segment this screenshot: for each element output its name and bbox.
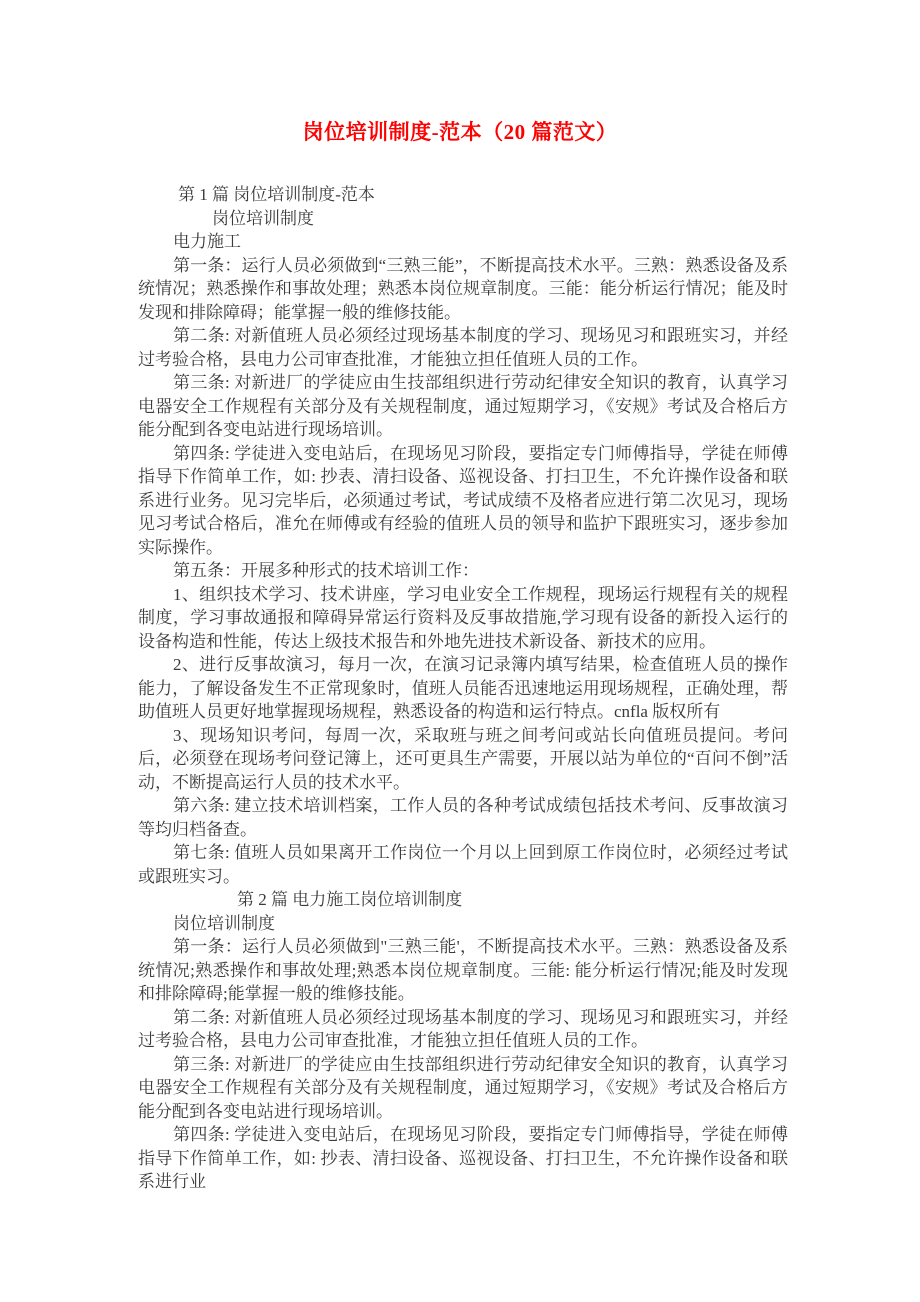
document-title: 岗位培训制度-范本（20 篇范文） xyxy=(0,117,920,147)
paragraph: 第一条：运行人员必须做到“三熟三能”，不断提高技术水平。三熟：熟悉设备及系统情况… xyxy=(138,254,788,325)
document-body: 第 1 篇 岗位培训制度-范本岗位培训制度电力施工第一条：运行人员必须做到“三熟… xyxy=(138,183,788,1194)
section-heading: 第 2 篇 电力施工岗位培训制度 xyxy=(138,888,788,912)
paragraph: 第七条: 值班人员如果离开工作岗位一个月以上回到原工作岗位时，必须经过考试或跟班… xyxy=(138,841,788,888)
paragraph: 2、进行反事故演习，每月一次，在演习记录簿内填写结果，检查值班人员的操作能力，了… xyxy=(138,653,788,724)
paragraph: 第二条: 对新值班人员必须经过现场基本制度的学习、现场见习和跟班实习，并经过考验… xyxy=(138,1006,788,1053)
paragraph: 第四条: 学徒进入变电站后，在现场见习阶段，要指定专门师傅指导，学徒在师傅指导下… xyxy=(138,1123,788,1194)
paragraph: 第五条：开展多种形式的技术培训工作： xyxy=(138,559,788,583)
paragraph: 3、现场知识考问，每周一次，采取班与班之间考问或站长向值班员提问。考问后，必须登… xyxy=(138,724,788,795)
paragraph: 第一条：运行人员必须做到"三熟三能'，不断提高技术水平。三熟：熟悉设备及系统情况… xyxy=(138,935,788,1006)
document-page: 岗位培训制度-范本（20 篇范文） 第 1 篇 岗位培训制度-范本岗位培训制度电… xyxy=(0,0,920,1302)
paragraph: 第四条: 学徒进入变电站后，在现场见习阶段，要指定专门师傅指导，学徒在师傅指导下… xyxy=(138,442,788,560)
paragraph: 第六条: 建立技术培训档案，工作人员的各种考试成绩包括技术考问、反事故演习等均归… xyxy=(138,794,788,841)
paragraph: 第三条: 对新进厂的学徒应由生技部组织进行劳动纪律安全知识的教育，认真学习电器安… xyxy=(138,371,788,442)
section-heading: 岗位培训制度 xyxy=(138,207,788,231)
paragraph: 第三条: 对新进厂的学徒应由生技部组织进行劳动纪律安全知识的教育，认真学习电器安… xyxy=(138,1053,788,1124)
paragraph: 电力施工 xyxy=(138,230,788,254)
paragraph: 第二条: 对新值班人员必须经过现场基本制度的学习、现场见习和跟班实习，并经过考验… xyxy=(138,324,788,371)
paragraph: 岗位培训制度 xyxy=(138,912,788,936)
section-heading: 第 1 篇 岗位培训制度-范本 xyxy=(138,183,788,207)
paragraph: 1、组织技术学习、技术讲座，学习电业安全工作规程，现场运行规程有关的规程制度，学… xyxy=(138,583,788,654)
